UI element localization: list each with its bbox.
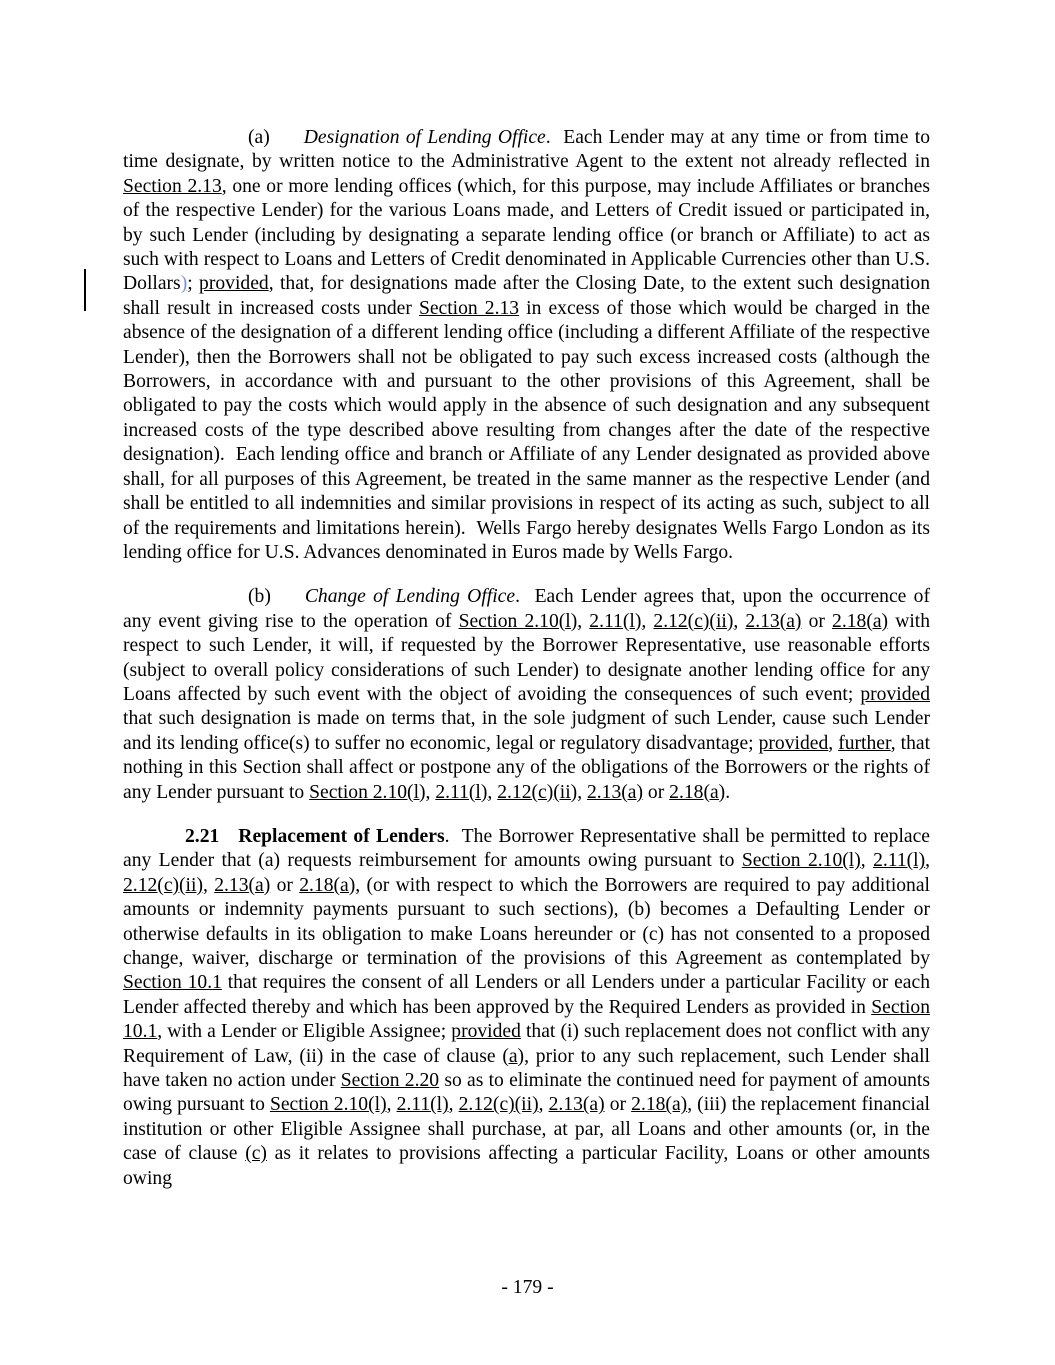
text-run: , — [577, 782, 587, 803]
text-run-underline: Section 2.10(l) — [309, 782, 425, 803]
text-run: , — [828, 733, 838, 754]
text-run-underline: 2.18(a) — [299, 875, 355, 896]
text-run-underline: 2.13(a) — [214, 875, 270, 896]
text-run: , — [861, 850, 873, 871]
text-run: , — [641, 611, 653, 632]
text-run-underline: provided — [199, 273, 269, 294]
page-number: - 179 - — [0, 1276, 1055, 1300]
text-run: , with a Lender or Eligible Assignee; — [157, 1021, 451, 1042]
text-run-underline: (a) — [502, 1046, 524, 1067]
text-run-underline: 2.11(l) — [873, 850, 925, 871]
text-run-underline: provided — [860, 684, 930, 705]
text-run-underline: Section 2.10(l) — [742, 850, 861, 871]
paragraph-a-designation-of-lending-office: (a)Designation of Lending Office. Each L… — [123, 126, 930, 565]
text-run-italic: Designation of Lending Office — [304, 127, 546, 148]
text-run: that requires the consent of all Lenders… — [123, 972, 930, 1017]
text-run-underline: 2.12(c)(ii) — [497, 782, 577, 803]
text-run: or — [270, 875, 299, 896]
text-run-bold: Replacement of Lenders — [238, 826, 444, 847]
text-run: or — [801, 611, 832, 632]
text-run-underline: 2.13(a) — [745, 611, 801, 632]
text-run: , — [449, 1094, 459, 1115]
paragraph-2-21-replacement-of-lenders: 2.21Replacement of Lenders. The Borrower… — [123, 825, 930, 1191]
text-run: , — [426, 782, 436, 803]
text-run-underline: 2.11(l) — [435, 782, 487, 803]
paragraph-b-change-of-lending-office: (b)Change of Lending Office. Each Lender… — [123, 585, 930, 805]
text-run: ; — [187, 273, 199, 294]
text-run-underline: 2.12(c)(ii) — [459, 1094, 539, 1115]
text-run-bold: 2.21 — [185, 826, 219, 847]
text-run: , — [733, 611, 745, 632]
text-run: in excess of those which would be charge… — [123, 298, 930, 563]
text-run-underline: Section 2.10(l) — [459, 611, 578, 632]
text-run: , — [203, 875, 214, 896]
text-run-italic: Change of Lending Office — [305, 586, 515, 607]
text-run-underline: 2.18(a) — [832, 611, 888, 632]
text-run-underline: (c) — [245, 1143, 267, 1164]
text-run-underline: Section 2.20 — [341, 1070, 439, 1091]
text-run-underline: Section 10.1 — [123, 972, 222, 993]
text-run: , — [539, 1094, 549, 1115]
text-run-underline: 2.11(l) — [589, 611, 641, 632]
text-run-underline: Section 2.13 — [123, 176, 222, 197]
text-run-underline: provided — [451, 1021, 521, 1042]
text-run: (b) — [248, 586, 271, 607]
text-run: . — [725, 782, 730, 803]
text-run: , — [487, 782, 497, 803]
text-run: or — [605, 1094, 632, 1115]
text-run-underline: Section 2.13 — [419, 298, 519, 319]
text-run: (a) — [248, 127, 270, 148]
text-run-underline: further — [838, 733, 891, 754]
revision-change-bar — [84, 269, 86, 311]
text-run-underline: 2.12(c)(ii) — [653, 611, 733, 632]
text-run-underline: 2.18(a) — [669, 782, 725, 803]
text-run-underline: 2.12(c)(ii) — [123, 875, 203, 896]
text-run-underline: Section 2.10(l) — [270, 1094, 387, 1115]
text-run-underline: provided — [759, 733, 829, 754]
text-run-underline: 2.13(a) — [587, 782, 643, 803]
text-run-underline: 2.11(l) — [397, 1094, 449, 1115]
text-run: or — [643, 782, 669, 803]
text-run: , — [577, 611, 589, 632]
text-run-underline: 2.13(a) — [549, 1094, 605, 1115]
text-run-underline: 2.18(a) — [631, 1094, 687, 1115]
document-page: (a)Designation of Lending Office. Each L… — [0, 0, 1055, 1365]
text-run: , — [925, 850, 930, 871]
text-run: , — [387, 1094, 397, 1115]
text-block: (a)Designation of Lending Office. Each L… — [123, 126, 930, 1211]
